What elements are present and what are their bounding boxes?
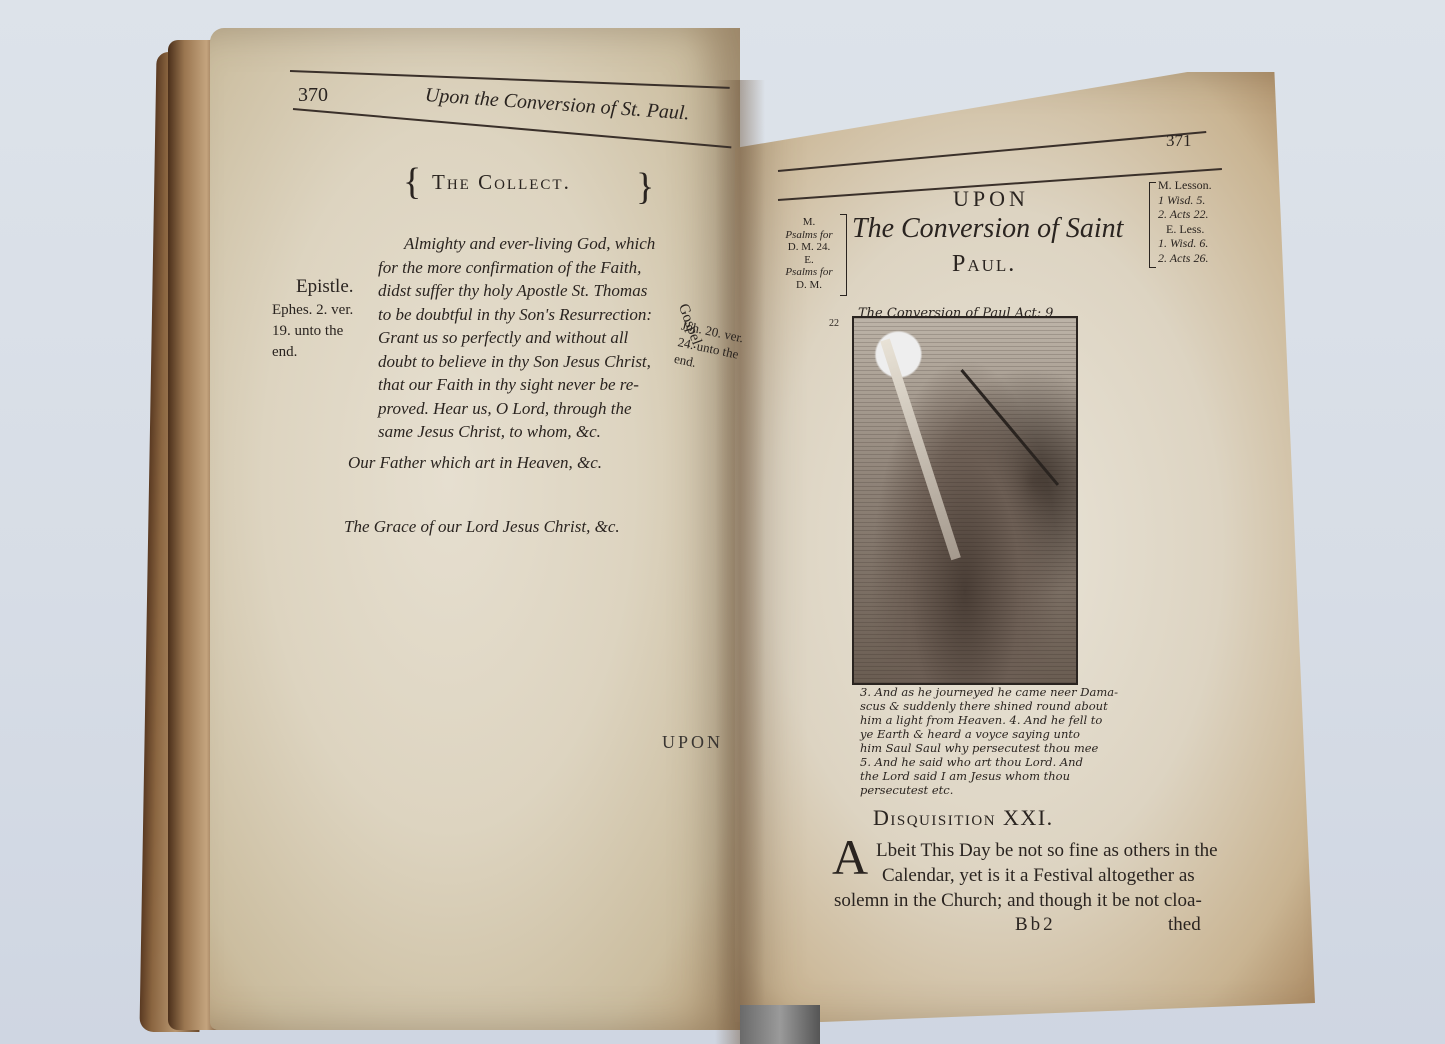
psalms-line: D. M.: [778, 279, 840, 292]
caption-line: him Saul Saul why persecutest thou mee: [860, 741, 1118, 755]
psalms-line: Psalms for: [778, 266, 840, 279]
collect-line: proved. Hear us, O Lord, through the: [378, 397, 655, 421]
collect-line: to be doubtful in thy Son's Resurrection…: [378, 303, 655, 327]
lessons-note: M. Lesson. 1 Wisd. 5. 2. Acts 22. E. Les…: [1158, 178, 1212, 265]
caption-line: 5. And he said who art thou Lord. And: [860, 755, 1118, 769]
caption-line: the Lord said I am Jesus whom thou: [860, 769, 1118, 783]
body-line: solemn in the Church; and though it be n…: [834, 888, 1218, 913]
collect-prayer: Almighty and ever-living God, which for …: [378, 232, 655, 444]
signature-mark: Bb2: [1015, 914, 1056, 936]
disquisition-heading: Disquisition XXI.: [873, 805, 1054, 831]
caption-line: him a light from Heaven. 4. And he fell …: [860, 713, 1118, 727]
grace-line: The Grace of our Lord Jesus Christ, &c.: [344, 517, 620, 537]
brace-open: {: [403, 163, 421, 201]
title-paul: Paul.: [952, 251, 1016, 278]
body-line: Calendar, yet is it a Festival altogethe…: [882, 863, 1218, 888]
drop-cap: A: [832, 832, 868, 882]
psalms-line: E.: [778, 254, 840, 267]
psalms-bracket: [840, 214, 847, 296]
left-page-number: 370: [298, 84, 328, 107]
lesson-line: 2. Acts 22.: [1158, 207, 1212, 222]
lesson-line: 1. Wisd. 6.: [1158, 236, 1212, 251]
epistle-line: 19. unto the: [272, 321, 353, 342]
epistle-label: Epistle.: [296, 276, 354, 298]
lesson-line: M. Lesson.: [1158, 178, 1212, 193]
gutter-shadow: [715, 80, 765, 1044]
book-spine: [740, 1005, 820, 1044]
engraving-caption: 3. And as he journeyed he came neer Dama…: [860, 685, 1118, 797]
title-upon: UPON: [953, 186, 1029, 212]
right-page-number: 371: [1166, 131, 1192, 151]
collect-heading: The Collect.: [432, 170, 571, 195]
collect-line: same Jesus Christ, to whom, &c.: [378, 420, 655, 444]
lessons-bracket: [1149, 182, 1156, 268]
caption-line: ye Earth & heard a voyce saying unto: [860, 727, 1118, 741]
caption-line: 3. And as he journeyed he came neer Dama…: [860, 685, 1118, 699]
epistle-line: end.: [272, 342, 353, 363]
body-line: Lbeit This Day be not so fine as others …: [876, 838, 1218, 863]
lesson-line: E. Less.: [1166, 222, 1212, 237]
collect-line: that our Faith in thy sight never be re-: [378, 373, 655, 397]
open-antique-book: 370 Upon the Conversion of St. Paul. { T…: [0, 0, 1445, 1044]
collect-line: doubt to believe in thy Son Jesus Christ…: [378, 350, 655, 374]
left-catchword: UPON: [662, 732, 723, 753]
lesson-line: 1 Wisd. 5.: [1158, 193, 1212, 208]
psalms-line: D. M. 24.: [778, 241, 840, 254]
plate-number: 22: [829, 318, 839, 329]
epistle-reference: Ephes. 2. ver. 19. unto the end.: [272, 300, 353, 363]
collect-line: for the more confirmation of the Faith,: [378, 256, 655, 280]
psalms-line: Psalms for: [778, 229, 840, 242]
epistle-line: Ephes. 2. ver.: [272, 300, 353, 321]
caption-line: persecutest etc.: [860, 783, 1118, 797]
collect-line: Grant us so perfectly and without all: [378, 326, 655, 350]
collect-line: Almighty and ever-living God, which: [404, 232, 655, 256]
lesson-line: 2. Acts 26.: [1158, 251, 1212, 266]
collect-line: didst suffer thy holy Apostle St. Thomas: [378, 279, 655, 303]
brace-close: }: [636, 168, 654, 206]
title-main: The Conversion of Saint: [852, 213, 1123, 245]
psalms-note: M. Psalms for D. M. 24. E. Psalms for D.…: [778, 216, 840, 291]
lords-prayer-line: Our Father which art in Heaven, &c.: [348, 453, 602, 473]
right-catchword: thed: [1168, 914, 1201, 936]
disquisition-body: Lbeit This Day be not so fine as others …: [876, 838, 1218, 913]
psalms-line: M.: [778, 216, 840, 229]
caption-line: scus & suddenly there shined round about: [860, 699, 1118, 713]
